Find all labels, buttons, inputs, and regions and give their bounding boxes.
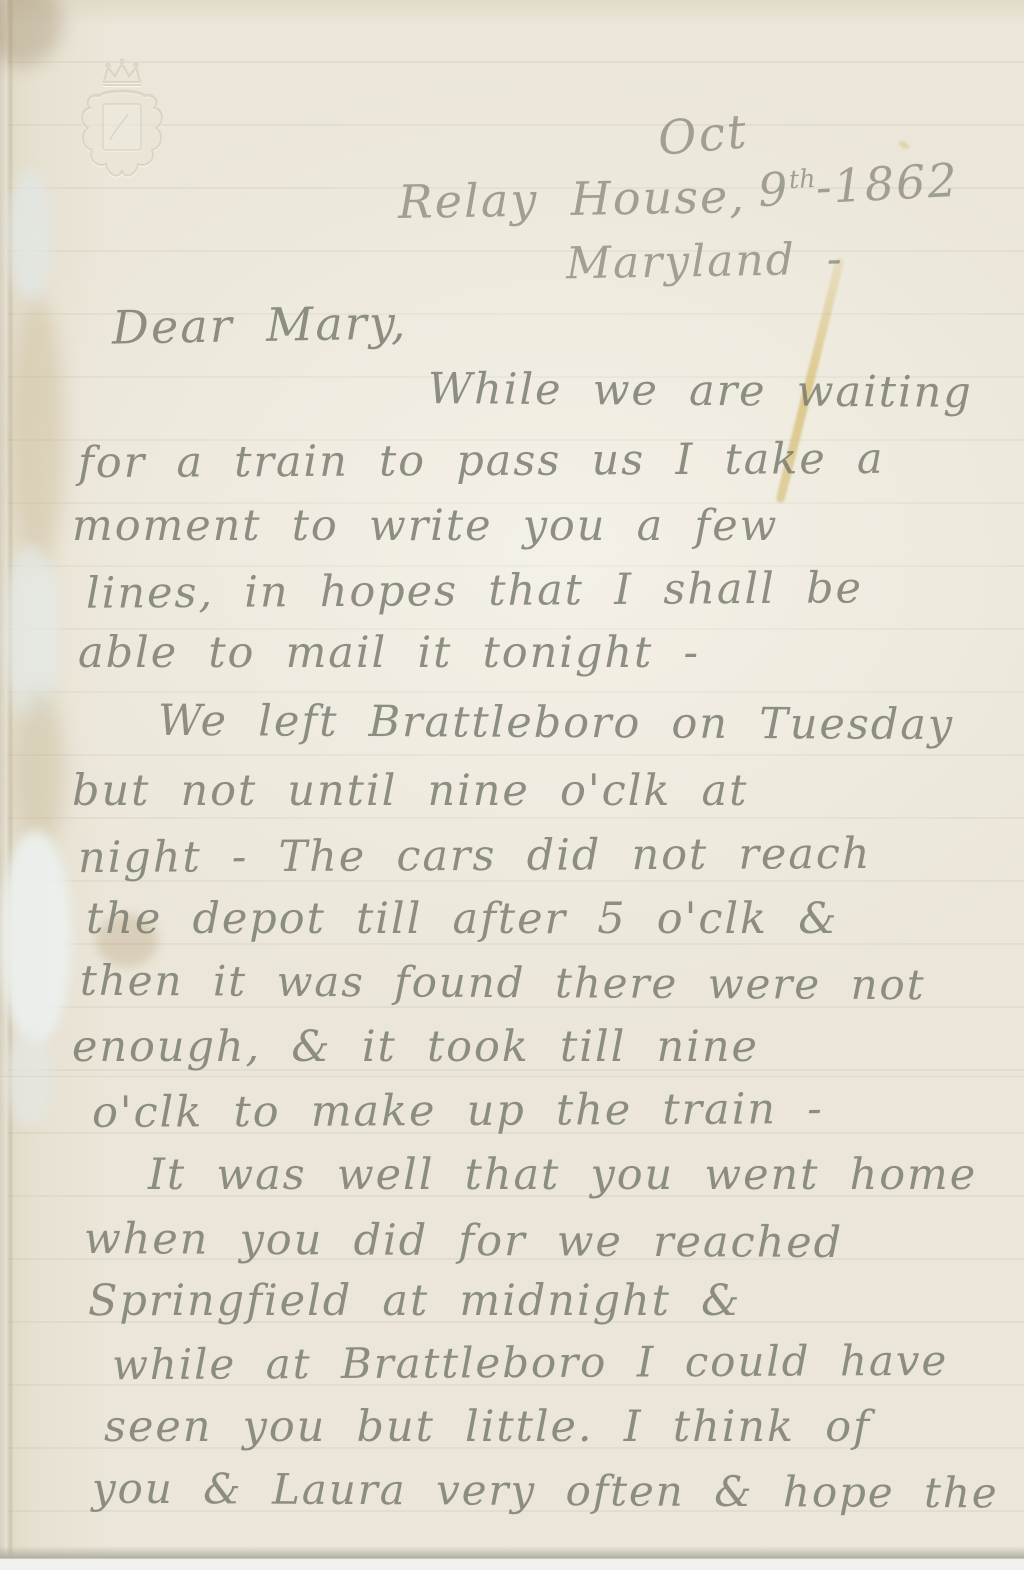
letter-line: We left Brattleboro on Tuesday (158, 700, 954, 747)
letter-line: able to mail it tonight - (78, 632, 700, 675)
letter-line: It was well that you went home (148, 1154, 977, 1197)
edge-tan-stain (16, 690, 64, 850)
letter-line: night - The cars did not reach (78, 833, 872, 880)
letter-scan-page: Oct Relay House, 9th-1862 Maryland - Dea… (0, 0, 1024, 1570)
dateline-date: 9th-1862 (757, 157, 960, 213)
edge-white-patch (8, 170, 52, 300)
letter-line: o'clk to make up the train - (92, 1088, 824, 1135)
letter-line: for a train to pass us I take a (78, 438, 885, 485)
letter-line: you & Laura very often & hope the (92, 1468, 999, 1515)
dateline-region: Maryland - (566, 238, 844, 287)
letter-line: when you did for we reached (84, 1218, 843, 1265)
letter-line: moment to write you a few (72, 505, 778, 548)
letter-line: While we are waiting (428, 368, 973, 415)
paper-bottom-shadow (0, 1546, 1024, 1558)
dateline-place: Relay House, (398, 173, 747, 225)
letter-line: the depot till after 5 o'clk & (86, 898, 838, 941)
embossed-crest-icon (70, 52, 174, 202)
dateline-month: Oct (656, 108, 750, 163)
edge-tan-stain (12, 300, 64, 570)
letter-line: seen you but little. I think of (104, 1406, 871, 1449)
paper-torn-edge-line (9, 0, 12, 1570)
letter-line: lines, in hopes that I shall be (86, 567, 863, 615)
dateline-year: 1862 (832, 153, 960, 213)
letter-line: but not until nine o'clk at (72, 770, 748, 813)
fold-crease (0, 1076, 1024, 1079)
letter-line: enough, & it took till nine (72, 1026, 759, 1069)
letter-line: Springfield at midnight & (88, 1280, 741, 1323)
salutation: Dear Mary, (112, 299, 408, 350)
yellow-stain-dot (897, 139, 910, 150)
paper-left-edge (0, 0, 7, 1570)
edge-white-patch (4, 545, 60, 720)
dateline-day: 9 (757, 162, 791, 218)
scan-background-strip (0, 1558, 1024, 1570)
letter-line: then it was found there were not (80, 960, 926, 1006)
dateline-day-suffix: th (788, 164, 816, 194)
letter-line: while at Brattleboro I could have (112, 1340, 948, 1386)
